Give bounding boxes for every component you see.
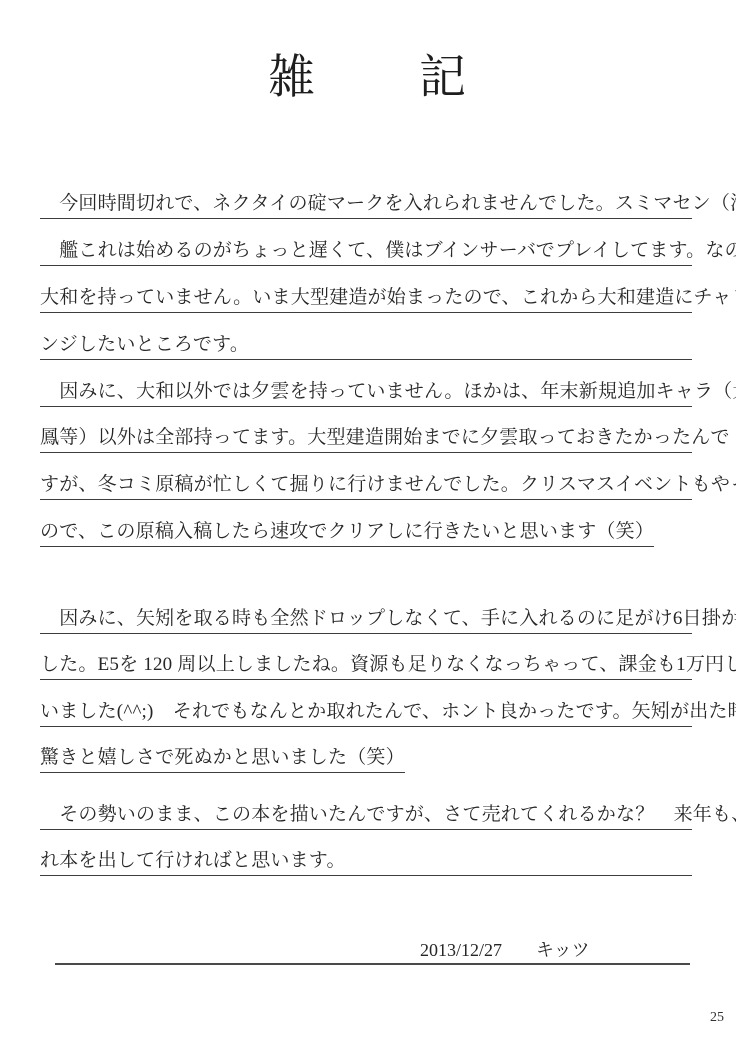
text-line: れ本を出して行ければと思います。 [40,846,692,876]
text-line-content: いました(^^;) それでもなんとか取れたんで、ホント良かったです。矢矧が出た時… [40,701,736,722]
text-line: 因みに、矢矧を取る時も全然ドロップしなくて、手に入れるのに足がけ6日掛かりま [40,604,692,634]
page-title: 雑 記 [0,40,736,107]
text-line-content: 艦これは始めるのがちょっと遅くて、僕はブインサーバでプレイしてます。なので、 [40,240,736,261]
text-line: した。E5を 120 周以上しましたね。資源も足りなくなっちゃって、課金も1万円… [40,650,692,680]
text-line-content: その勢いのまま、この本を描いたんですが、さて売れてくれるかな？ 来年も、艦こ [40,804,736,825]
text-line: ので、この原稿入稿したら速攻でクリアしに行きたいと思います（笑） [40,517,692,546]
text-line-content: 今回時間切れで、ネクタイの碇マークを入れられませんでした。スミマセン（汗） [40,193,736,214]
page-number: 25 [710,1010,724,1026]
text-line-content: ので、この原稿入稿したら速攻でクリアしに行きたいと思います（笑） [40,517,654,547]
text-line-content: 因みに、大和以外では夕雲を持っていません。ほかは、年末新規追加キャラ（大 [40,381,736,402]
text-line: 大和を持っていません。いま大型建造が始まったので、これから大和建造にチャレ [40,283,692,313]
text-line-content: 鳳等）以外は全部持ってます。大型建造開始までに夕雲取っておきたかったんで [40,427,730,448]
signature-author: キッツ [536,940,590,960]
text-line: 鳳等）以外は全部持ってます。大型建造開始までに夕雲取っておきたかったんで [40,423,692,453]
text-line: 艦これは始めるのがちょっと遅くて、僕はブインサーバでプレイしてます。なので、 [40,236,692,266]
title-char-left: 雑 [268,40,317,107]
text-line: その勢いのまま、この本を描いたんですが、さて売れてくれるかな？ 来年も、艦こ [40,800,692,830]
text-line: いました(^^;) それでもなんとか取れたんで、ホント良かったです。矢矧が出た時… [40,697,692,727]
signature-line: 2013/12/27キッツ [55,936,690,965]
text-line: 驚きと嬉しさで死ぬかと思いました（笑） [40,743,692,772]
text-line-content: 驚きと嬉しさで死ぬかと思いました（笑） [40,743,405,773]
text-line-content: した。E5を 120 周以上しましたね。資源も足りなくなっちゃって、課金も1万円… [40,654,736,675]
text-line: 因みに、大和以外では夕雲を持っていません。ほかは、年末新規追加キャラ（大 [40,377,692,407]
text-line-content: すが、冬コミ原稿が忙しくて掘りに行けませんでした。クリスマスイベントもやってない [40,474,736,495]
text-line-content: 因みに、矢矧を取る時も全然ドロップしなくて、手に入れるのに足がけ6日掛かりま [40,608,736,629]
title-char-right: 記 [419,40,468,107]
document-page: 雑 記 今回時間切れで、ネクタイの碇マークを入れられませんでした。スミマセン（汗… [0,0,736,1039]
text-line: ンジしたいところです。 [40,330,692,360]
signature-date: 2013/12/27 [420,940,502,960]
text-line-content: れ本を出して行ければと思います。 [40,850,346,871]
text-line: すが、冬コミ原稿が忙しくて掘りに行けませんでした。クリスマスイベントもやってない [40,470,692,500]
text-line-content: 大和を持っていません。いま大型建造が始まったので、これから大和建造にチャレ [40,287,736,308]
text-line-content: ンジしたいところです。 [40,334,249,355]
text-line: 今回時間切れで、ネクタイの碇マークを入れられませんでした。スミマセン（汗） [40,189,692,219]
